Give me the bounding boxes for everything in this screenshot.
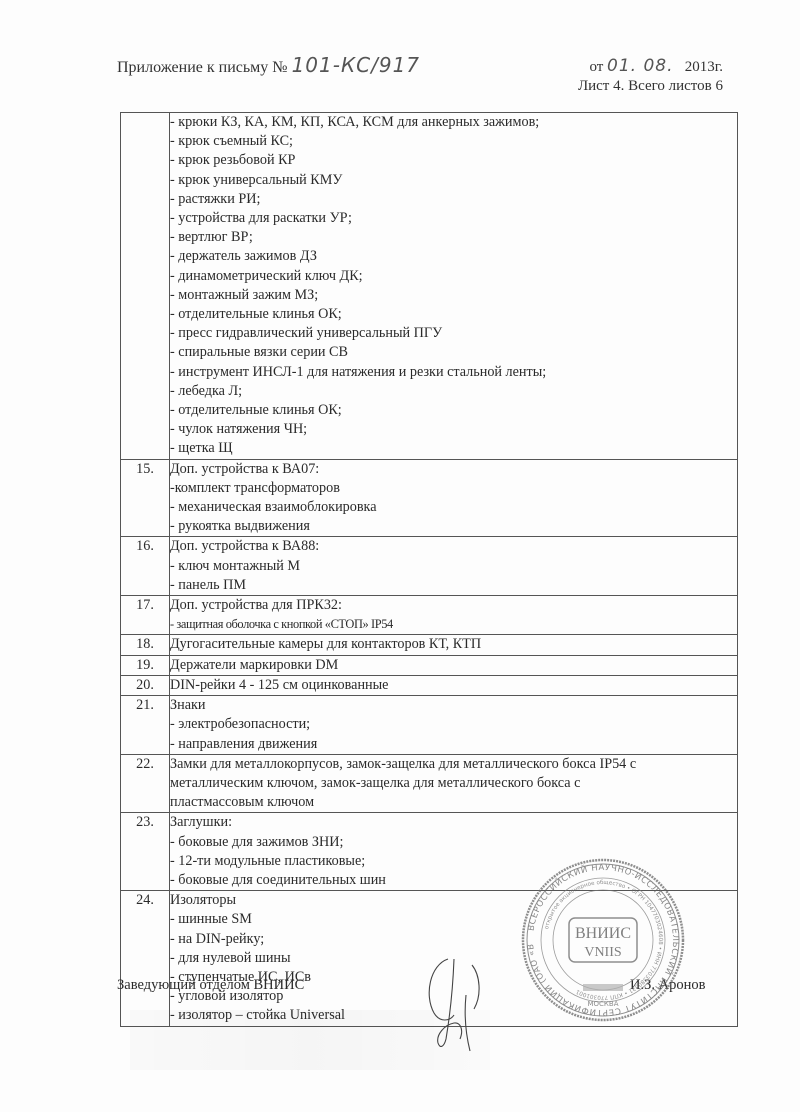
- row-description: Держатели маркировки DM: [170, 655, 738, 675]
- sheet-info: Лист 4. Всего листов 6: [578, 77, 723, 96]
- description-line: Заглушки:: [170, 813, 737, 832]
- signature-icon: [420, 955, 490, 1055]
- document-page: Приложение к письму № 101-КС/917 от 01. …: [0, 0, 800, 1112]
- row-description: Замки для металлокорпусов, замок-защелка…: [170, 754, 738, 813]
- description-line: - отделительные клинья ОК;: [170, 401, 737, 420]
- description-line: Доп. устройства для ПРК32:: [170, 596, 737, 615]
- description-line: - защитная оболочка с кнопкой «СТОП» IP5…: [170, 615, 737, 634]
- row-number: 16.: [121, 537, 170, 596]
- table-row: 22.Замки для металлокорпусов, замок-заще…: [121, 754, 738, 813]
- description-line: - ключ монтажный М: [170, 557, 737, 576]
- handwritten-letter-number: 101-КС/917: [292, 53, 420, 77]
- table-row: 17.Доп. устройства для ПРК32:- защитная …: [121, 596, 738, 635]
- table-row: 20.DIN-рейки 4 - 125 см оцинкованные: [121, 675, 738, 695]
- description-line: - крюки КЗ, КА, КМ, КП, КСА, КСМ для анк…: [170, 113, 737, 132]
- description-line: металлическим ключом, замок-защелка для …: [170, 774, 737, 793]
- row-description: Знаки- электробезопасности;- направления…: [170, 696, 738, 755]
- description-line: - электробезопасности;: [170, 715, 737, 734]
- description-line: - направления движения: [170, 735, 737, 754]
- description-line: пластмассовым ключом: [170, 793, 737, 812]
- description-line: - крюк универсальный КМУ: [170, 171, 737, 190]
- description-line: - крюк резьбовой КР: [170, 151, 737, 170]
- description-line: - механическая взаимоблокировка: [170, 498, 737, 517]
- row-number: 15.: [121, 459, 170, 537]
- description-line: - монтажный зажим МЗ;: [170, 286, 737, 305]
- row-description: Доп. устройства к ВА88:- ключ монтажный …: [170, 537, 738, 596]
- description-line: Держатели маркировки DM: [170, 656, 737, 675]
- row-description: Дугогасительные камеры для контакторов К…: [170, 635, 738, 655]
- row-number: 18.: [121, 635, 170, 655]
- handwritten-date: 01. 08.: [607, 56, 673, 76]
- description-line: DIN-рейки 4 - 125 см оцинкованные: [170, 676, 737, 695]
- row-number: 22.: [121, 754, 170, 813]
- description-line: - устройства для раскатки УР;: [170, 209, 737, 228]
- row-number: [121, 113, 170, 460]
- description-line: Дугогасительные камеры для контакторов К…: [170, 635, 737, 654]
- description-line: Доп. устройства к ВА88:: [170, 537, 737, 556]
- description-line: - спиральные вязки серии СВ: [170, 343, 737, 362]
- year: 2013г.: [685, 59, 723, 75]
- description-line: - пресс гидравлический универсальный ПГУ: [170, 324, 737, 343]
- date-sheet-info: от 01. 08. 2013г. Лист 4. Всего листов 6: [578, 57, 723, 96]
- description-line: - держатель зажимов ДЗ: [170, 247, 737, 266]
- description-line: - динамометрический ключ ДК;: [170, 267, 737, 286]
- description-line: - инструмент ИНСЛ-1 для натяжения и резк…: [170, 363, 737, 382]
- description-line: Замки для металлокорпусов, замок-защелка…: [170, 755, 737, 774]
- description-line: - щетка Щ: [170, 439, 737, 458]
- row-description: Доп. устройства к ВА07:-комплект трансфо…: [170, 459, 738, 537]
- row-number: 23.: [121, 813, 170, 891]
- table-row: 21.Знаки- электробезопасности;- направле…: [121, 696, 738, 755]
- description-line: - чулок натяжения ЧН;: [170, 420, 737, 439]
- signatory-position: Заведующий отделом ВНИИС: [117, 977, 304, 994]
- organization-stamp: ВСЕРОССИЙСКИЙ НАУЧНО-ИССЛЕДОВАТЕЛЬСКИЙ И…: [519, 856, 687, 1024]
- row-number: 17.: [121, 596, 170, 635]
- description-line: -комплект трансформаторов: [170, 479, 737, 498]
- date-prefix: от: [589, 59, 603, 75]
- date-line: от 01. 08. 2013г.: [578, 57, 723, 77]
- row-number: 20.: [121, 675, 170, 695]
- row-description: - крюки КЗ, КА, КМ, КП, КСА, КСМ для анк…: [170, 113, 738, 460]
- table-row: 15.Доп. устройства к ВА07:-комплект тран…: [121, 459, 738, 537]
- description-line: - панель ПМ: [170, 576, 737, 595]
- letter-reference: Приложение к письму № 101-КС/917: [117, 53, 420, 77]
- description-line: - растяжки РИ;: [170, 190, 737, 209]
- description-line: - отделительные клинья ОК;: [170, 305, 737, 324]
- row-number: 21.: [121, 696, 170, 755]
- stamp-center-top: ВНИИС: [575, 925, 631, 942]
- description-line: Знаки: [170, 696, 737, 715]
- description-line: - лебедка Л;: [170, 382, 737, 401]
- table-row: 16.Доп. устройства к ВА88:- ключ монтажн…: [121, 537, 738, 596]
- description-line: - боковые для зажимов ЗНИ;: [170, 833, 737, 852]
- stamp-center-bottom: VNIIS: [584, 945, 621, 960]
- description-line: - крюк съемный КС;: [170, 132, 737, 151]
- table-row: 18.Дугогасительные камеры для контакторо…: [121, 635, 738, 655]
- description-line: Доп. устройства к ВА07:: [170, 460, 737, 479]
- description-line: - вертлюг ВР;: [170, 228, 737, 247]
- letter-prefix: Приложение к письму №: [117, 59, 288, 76]
- stamp-city: МОСКВА: [588, 1000, 619, 1008]
- row-number: 19.: [121, 655, 170, 675]
- row-description: Доп. устройства для ПРК32:- защитная обо…: [170, 596, 738, 635]
- row-number: 24.: [121, 891, 170, 1026]
- table-row: - крюки КЗ, КА, КМ, КП, КСА, КСМ для анк…: [121, 113, 738, 460]
- row-description: DIN-рейки 4 - 125 см оцинкованные: [170, 675, 738, 695]
- table-row: 19.Держатели маркировки DM: [121, 655, 738, 675]
- description-line: - рукоятка выдвижения: [170, 517, 737, 536]
